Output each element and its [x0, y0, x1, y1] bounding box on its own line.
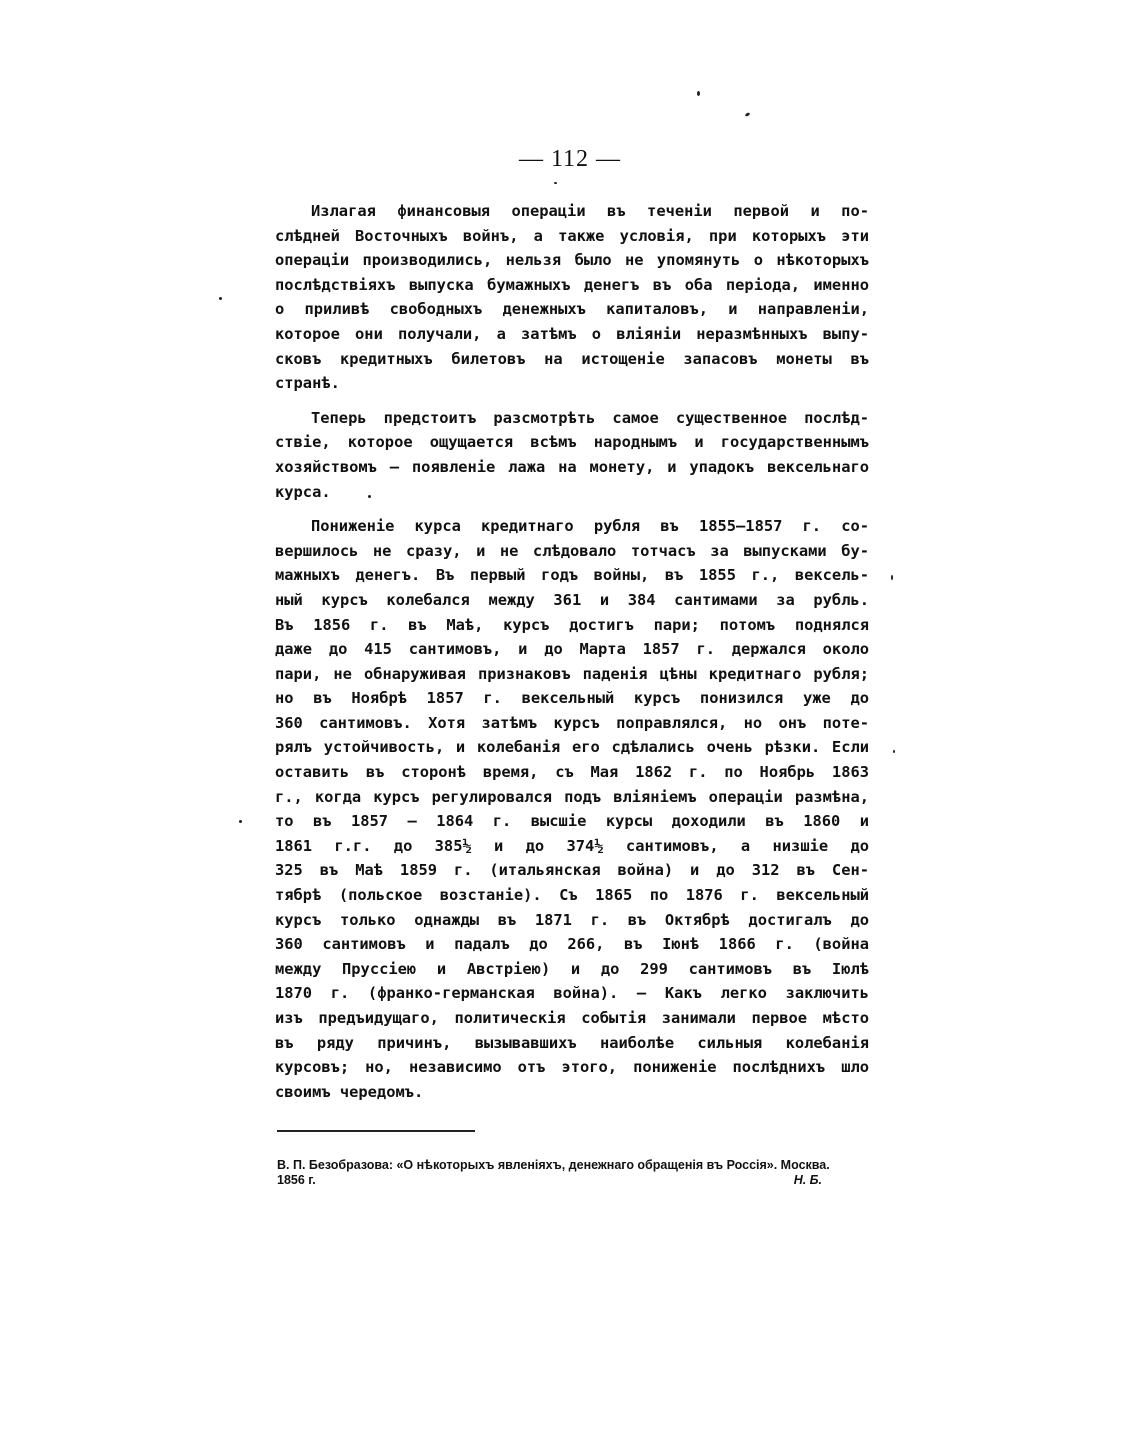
- text-line: то въ 1857 — 1864 г. высшіе курсы доходи…: [275, 809, 869, 834]
- paragraph-1: Излагая финансовыя операціи въ теченіи п…: [275, 199, 869, 396]
- text-line: слѣдней Восточныхъ войнъ, а также услові…: [275, 224, 869, 249]
- text-line: о приливѣ свободныхъ денежныхъ капиталов…: [275, 297, 869, 322]
- footnote-citation: В. П. Безобразова: «О нѣкоторыхъ явленія…: [277, 1158, 887, 1173]
- text-line: изъ предъидущаго, политическія событія з…: [275, 1006, 869, 1031]
- text-line: мажныхъ денегъ. Въ первый годъ войны, въ…: [275, 563, 869, 588]
- text-line: ствіе, которое ощущается всѣмъ народнымъ…: [275, 430, 869, 455]
- scan-speck: [239, 820, 242, 823]
- footnote: В. П. Безобразова: «О нѣкоторыхъ явленія…: [277, 1158, 887, 1188]
- text-line: странѣ.: [275, 371, 869, 396]
- text-line: оставить въ сторонѣ время, съ Мая 1862 г…: [275, 760, 869, 785]
- scan-speck: [697, 91, 700, 96]
- scan-speck: [368, 495, 371, 498]
- scan-speck: [745, 112, 751, 117]
- text-line: которое они получали, а затѣмъ о вліяніи…: [275, 322, 869, 347]
- scan-speck: [219, 297, 222, 300]
- text-line: операціи производились, нельзя было не у…: [275, 248, 869, 273]
- text-line: своимъ чередомъ.: [275, 1080, 869, 1105]
- text-line: сковъ кредитныхъ билетовъ на истощеніе з…: [275, 347, 869, 372]
- scan-speck: [554, 182, 557, 184]
- footnote-divider: [277, 1130, 475, 1132]
- text-line: ный курсъ колебался между 361 и 384 сант…: [275, 588, 869, 613]
- text-line: Теперь предстоитъ разсмотрѣть самое суще…: [275, 406, 869, 431]
- text-line: курса.: [275, 480, 869, 505]
- footnote-year: 1856 г.: [277, 1173, 316, 1188]
- text-line: Пониженіе курса кредитнаго рубля въ 1855…: [275, 514, 869, 539]
- footnote-initials: Н. Б.: [794, 1173, 822, 1188]
- text-line: хозяйствомъ — появленіе лажа на монету, …: [275, 455, 869, 480]
- text-line: тябрѣ (польское возстаніе). Съ 1865 по 1…: [275, 883, 869, 908]
- text-line: 1870 г. (франко-германская война). — Как…: [275, 981, 869, 1006]
- text-line: послѣдствіяхъ выпуска бумажныхъ денегъ в…: [275, 273, 869, 298]
- text-line: Излагая финансовыя операціи въ теченіи п…: [275, 199, 869, 224]
- text-line: Въ 1856 г. въ Маѣ, курсъ достигъ пари; п…: [275, 613, 869, 638]
- paragraph-3: Пониженіе курса кредитнаго рубля въ 1855…: [275, 514, 869, 1104]
- scan-speck: [891, 575, 893, 580]
- text-line: г., когда курсъ регулировался подъ вліян…: [275, 785, 869, 810]
- text-line: 325 въ Маѣ 1859 г. (итальянская война) и…: [275, 858, 869, 883]
- text-line: рялъ устойчивость, и колебанія его сдѣла…: [275, 735, 869, 760]
- text-line: 360 сантимовъ и падалъ до 266, въ Іюнѣ 1…: [275, 932, 869, 957]
- text-line: пари, не обнаруживая признаковъ паденія …: [275, 662, 869, 687]
- text-line: вершилось не сразу, и не слѣдовало тотча…: [275, 539, 869, 564]
- footnote-second-line: 1856 г. Н. Б.: [277, 1173, 822, 1188]
- page-number: — 112 —: [0, 146, 1140, 173]
- text-line: даже до 415 сантимовъ, и до Марта 1857 г…: [275, 637, 869, 662]
- text-line: 360 сантимовъ. Хотя затѣмъ курсъ поправл…: [275, 711, 869, 736]
- text-line: между Пруссіею и Австріею) и до 299 сант…: [275, 957, 869, 982]
- body-text: Излагая финансовыя операціи въ теченіи п…: [275, 199, 869, 1104]
- text-line: курсовъ; но, независимо отъ этого, пониж…: [275, 1055, 869, 1080]
- scan-speck: [893, 750, 895, 753]
- document-page: — 112 — Излагая финансовыя операціи въ т…: [0, 0, 1140, 1443]
- paragraph-2: Теперь предстоитъ разсмотрѣть самое суще…: [275, 406, 869, 504]
- text-line: но въ Ноябрѣ 1857 г. вексельный курсъ по…: [275, 686, 869, 711]
- text-line: въ ряду причинъ, вызывавшихъ наиболѣе си…: [275, 1031, 869, 1056]
- text-line: 1861 г.г. до 385½ и до 374½ сантимовъ, а…: [275, 834, 869, 859]
- text-line: курсъ только однажды въ 1871 г. въ Октяб…: [275, 908, 869, 933]
